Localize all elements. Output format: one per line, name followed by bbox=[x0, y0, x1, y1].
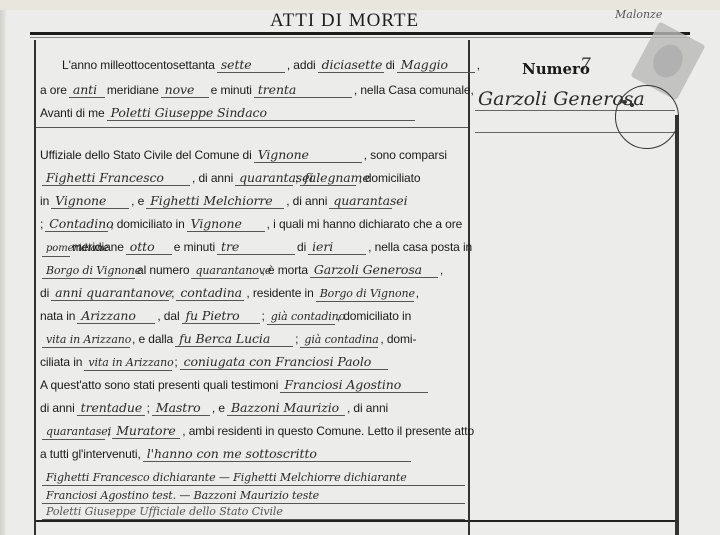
corner-annotation: Malonze bbox=[615, 8, 662, 21]
text-line-witness-details: di annitrentadue;Mastro, eBazzoni Mauriz… bbox=[40, 401, 388, 416]
text-line-officer: Avanti di mePoletti Giuseppe Sindaco bbox=[40, 106, 417, 121]
column-divider bbox=[468, 40, 470, 535]
text-line-comune: Uffiziale dello Stato Civile del Comune … bbox=[40, 148, 447, 163]
day-handwritten: diciasette bbox=[318, 58, 384, 73]
text-line-age: dianni quarantanove;contadina, residente… bbox=[40, 286, 419, 302]
bottom-divider-right bbox=[470, 520, 675, 522]
text-line-declarant-1: Fighetti Francesco, di anniquarantasei;f… bbox=[40, 171, 420, 186]
text-line-deceased: Borgo di Vignoneal numeroquarantanove, è… bbox=[40, 263, 443, 279]
signature-declarants: Fighetti Francesco dichiarante — Fighett… bbox=[40, 470, 467, 486]
text-line-mother: vita in Arizzano, e dallafu Berca Lucia;… bbox=[40, 332, 416, 348]
text-line-signed: a tutti gl'intervenuti,l'hanno con me so… bbox=[40, 447, 413, 462]
signature-officer: Poletti Giuseppe Ufficiale dello Stato C… bbox=[40, 504, 467, 520]
year-handwritten: sette bbox=[217, 58, 285, 73]
officer-handwritten: Poletti Giuseppe Sindaco bbox=[107, 106, 415, 121]
text-line-year: L'anno milleottocentosettantasette, addi… bbox=[62, 58, 480, 73]
top-border bbox=[30, 32, 690, 35]
postmark-icon bbox=[615, 85, 679, 149]
deceased-name-handwritten: Garzoli Generosa bbox=[310, 263, 438, 278]
text-line-domicile: ;Contadino, domiciliato inVignone, i qua… bbox=[40, 217, 462, 232]
month-handwritten: Maggio bbox=[397, 58, 475, 73]
text-line-spouse: ciliata invita in Arizzano;coniugata con… bbox=[40, 355, 390, 371]
top-border-thin bbox=[30, 37, 690, 38]
signature-witnesses: Franciosi Agostino test. — Bazzoni Mauri… bbox=[40, 488, 467, 504]
text-line-read-act: quarantasei;Muratore, ambi residenti in … bbox=[40, 424, 474, 440]
right-border bbox=[675, 115, 679, 535]
text-line-time: a oreantimeridianenovee minutitrenta, ne… bbox=[40, 83, 474, 98]
section-divider bbox=[36, 127, 468, 128]
text-line-birth: nata inArizzano, dalfu Pietro;già contad… bbox=[40, 309, 411, 325]
numero-value: 7 bbox=[580, 55, 591, 75]
document-title: ATTI DI MORTE bbox=[270, 10, 419, 32]
scan-edge bbox=[0, 10, 6, 535]
text-line-death-time: pomeridianemeridianeottoe minutitrediier… bbox=[40, 240, 472, 257]
left-border bbox=[34, 40, 36, 535]
text-line-declarant-2: inVignone, eFighetti Melchiorre, di anni… bbox=[40, 194, 394, 209]
text-line-witnesses: A quest'atto sono stati presenti quali t… bbox=[40, 378, 430, 393]
bottom-divider bbox=[36, 520, 468, 522]
